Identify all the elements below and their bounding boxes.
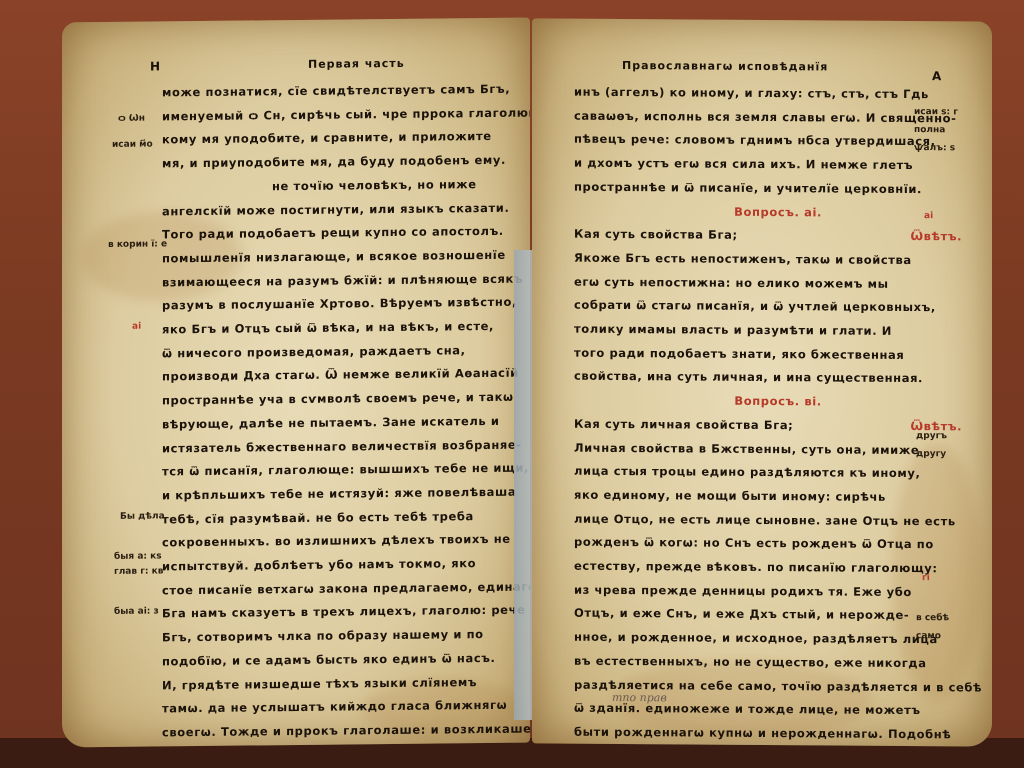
text-line: свойства, ина суть личная, и ина существ… (574, 365, 982, 392)
text-line: въ естественныхъ, но не существо, еже ни… (574, 650, 982, 677)
right-running-header: Православнагѡ исповѣданїя (622, 59, 828, 73)
text-line: собрати ѿ стагѡ писанїя, и ѿ учтлей церк… (574, 294, 982, 321)
text-line: естеству, прежде вѣковъ. по писанїю глаг… (574, 555, 982, 582)
text-line: Якоже Бгъ есть непостиженъ, такѡ и свойс… (574, 247, 982, 274)
margin-note: Бы дѣла (120, 511, 165, 521)
text-line: яко единому, не мощи быти иному: сирѣчь (574, 484, 982, 511)
right-folio: А (932, 69, 941, 83)
margin-note: другъ (916, 431, 947, 441)
margin-note-red: гі (922, 573, 930, 583)
pencil-inscription: тпо прав (612, 691, 667, 704)
margin-note: другу (916, 449, 946, 459)
text-line: пространнѣе уча в сѵмволѣ своемъ рече, и… (162, 385, 530, 413)
text-line: своегѡ. Тожде и пррокъ глаголаше: и возк… (162, 717, 530, 745)
text-line: мя, и приуподобите мя, да буду подобенъ … (162, 148, 530, 176)
margin-note: ѱалъ: ѕ (914, 143, 955, 153)
margin-note: полна (914, 125, 945, 135)
right-page: Православнагѡ исповѣданїя А инъ (аггелъ)… (532, 18, 992, 746)
text-line: и крѣпльшихъ тебе не истязуй: яже повелѣ… (162, 480, 530, 508)
text-line: пространнѣе и ѿ писанїе, и учителїе церк… (574, 175, 982, 202)
text-line: того ради подобаетъ знати, яко бжественн… (574, 341, 982, 368)
text-line: из чрева прежде денницы родихъ тя. Еже у… (574, 578, 982, 605)
text-line: испытствуй. доблѣетъ убо намъ токмо, яко (162, 551, 530, 579)
question-2-question: Кая суть личная свойства Бга; (574, 417, 793, 433)
left-page: Н Первая часть може познатися, сїе свидѣ… (62, 18, 530, 748)
text-line: егѡ суть непостижна: но елико можемъ мы (574, 270, 982, 297)
question-1-question: Кая суть свойства Бга; (574, 227, 738, 242)
text-line: вѣрующе, далѣе не пытаемъ. Зане искатель… (162, 409, 530, 437)
text-line: лица стыя троцы едино раздѣляются къ ино… (574, 460, 982, 487)
text-line: рожденъ ѿ когѡ: но Снъ есть рожденъ ѿ От… (574, 531, 982, 558)
margin-note: быа аі: з (114, 606, 159, 616)
text-line: може познатися, сїе свидѣтелствуетъ самъ… (162, 77, 530, 105)
margin-note-red: аі (132, 322, 141, 332)
text-line: толику имамы власть и разумѣти и глати. … (574, 318, 982, 345)
text-line: подобїю, и се адамъ бысть яко единъ ѿ на… (162, 646, 530, 674)
text-line: помышленїя низлагающе, и всякое возношен… (162, 243, 530, 271)
question-1-text: Кая суть свойства Бга; Ѿвѣтъ. (574, 223, 982, 250)
margin-note: ѻ Ѡн (118, 114, 145, 124)
open-book: Н Первая часть може познатися, сїе свидѣ… (62, 20, 992, 745)
right-main-text: инъ (аггелъ) ко иному, и глаху: стъ, стъ… (574, 81, 982, 747)
margin-note: в корин ї: е (108, 239, 167, 250)
text-line: лице Отцо, не есть лице сыновне. зане От… (574, 507, 982, 534)
margin-note: исаи ѕ: г (914, 107, 958, 117)
text-line: и дхомъ устъ егѡ вся сила ихъ. И немже г… (574, 152, 982, 179)
margin-note: глав г: кв (114, 566, 163, 577)
left-running-header: Первая часть (308, 57, 405, 71)
margin-note: в себѣ (916, 613, 949, 623)
text-line: инъ (аггелъ) ко иному, и глаху: стъ, стъ… (574, 81, 982, 108)
text-line: яко Бгъ и Отцъ сый ѿ вѣка, и на вѣкъ, и … (162, 314, 530, 342)
text-line: не точїю человѣкъ, но ниже (162, 172, 530, 200)
question-1-heading: Вопросъ. аі. (574, 199, 982, 226)
left-main-text: може познатися, сїе свидѣтелствуетъ самъ… (162, 77, 530, 745)
margin-note-red: аі (924, 211, 933, 221)
answer-1-label: Ѿвѣтъ. (911, 225, 963, 249)
left-folio: Н (150, 59, 160, 73)
margin-note: само (916, 631, 941, 641)
margin-note: исаи м҃о (112, 140, 153, 150)
text-line: Бгъ, сотворимъ члка по образу нашему и п… (162, 622, 530, 650)
margin-note: быя а: кѕ (114, 551, 162, 561)
question-2-heading: Вопросъ. ві. (574, 389, 982, 416)
text-line: быти рожденнагѡ купнѡ и нерожденнагѡ. По… (574, 721, 982, 747)
